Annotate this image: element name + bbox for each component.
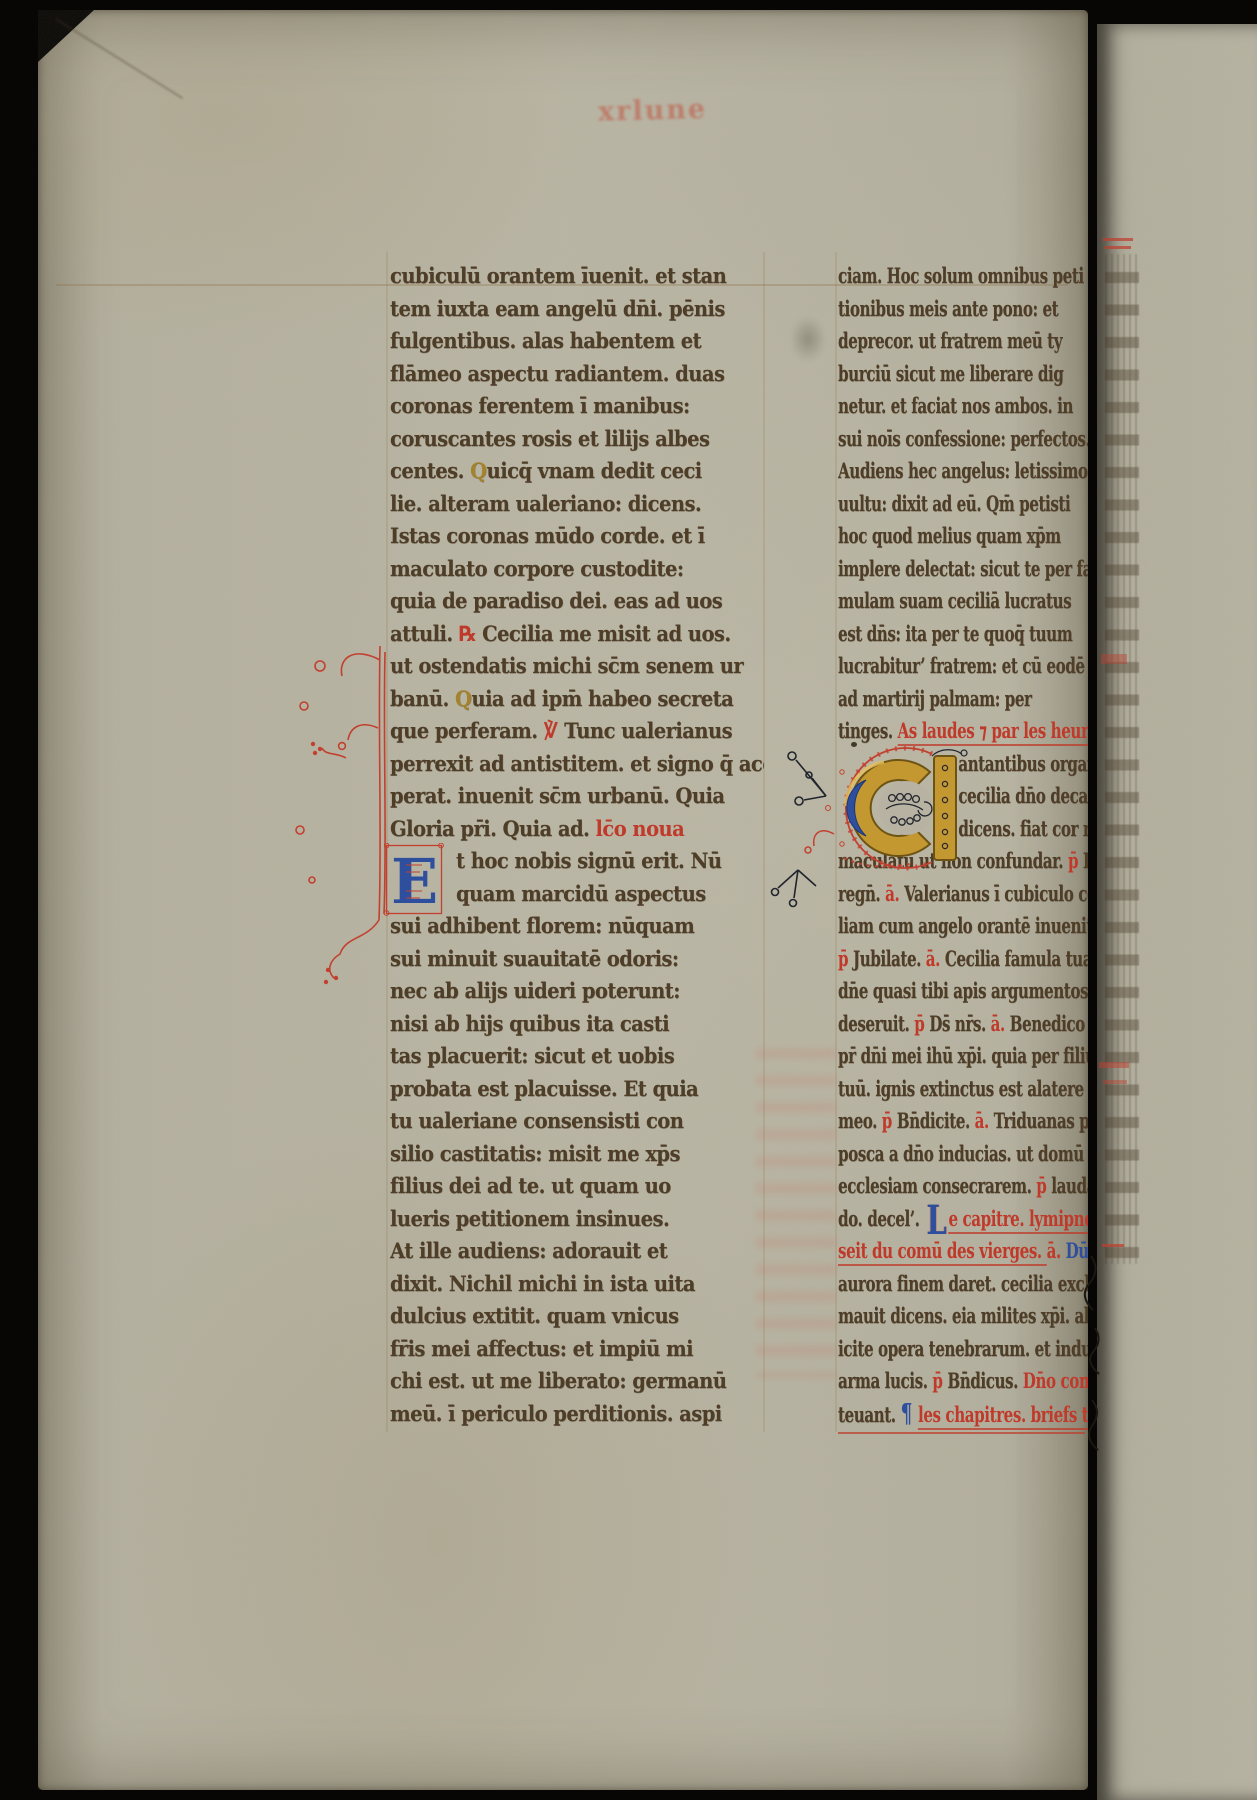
text-segment: sui minuit suauitatē odoris: [390, 946, 679, 971]
text-line: tas placuerit: sicut et uobis [390, 1040, 764, 1073]
text-segment: antantibus organis. ā. [958, 751, 1088, 776]
text-segment: implere delectat: sicut te per fa [838, 556, 1088, 581]
text-segment: ā. [885, 881, 904, 906]
text-segment: flāmeo aspectu radiantem. duas [390, 361, 724, 386]
text-segment: uultu: dixit ad eū. Qm̄ petisti [838, 491, 1070, 516]
text-segment: banū. [390, 686, 455, 711]
text-line: ciam. Hoc solum omnibus peti [838, 260, 1088, 293]
text-segment: ut ostendatis michi sc̄m senem ur [390, 653, 743, 678]
text-segment: ā. [975, 1108, 994, 1133]
text-segment: Jubilate. [853, 946, 926, 971]
text-segment: At ille audiens: adorauit et [390, 1238, 667, 1263]
text-line: mulam suam ceciliā lucratus [838, 585, 1088, 618]
text-segment: icite opera tenebrarum. et induimi [838, 1336, 1088, 1361]
text-segment: p̄ [1036, 1173, 1051, 1198]
text-line: lie. alteram ualeriano: dicens. [390, 488, 764, 521]
text-segment: dicens. fiat cor meū ī [958, 816, 1088, 841]
text-line: do. decel’. Le capitre. lymipne. leuer [838, 1203, 1088, 1236]
text-segment: chi est. ut me liberato: germanū [390, 1368, 726, 1393]
text-line: tinges. As laudes ⁊ par les heur. [838, 715, 1088, 748]
text-line: seit du comū des vierges. ā. Dū [838, 1235, 1088, 1268]
illuminated-initial-C: C [812, 746, 976, 872]
text-segment: uicq̄ vnam dedit ceci [487, 458, 702, 483]
text-segment: les chapitres. briefs tel [918, 1402, 1088, 1430]
text-segment: liam cum angelo orantē inuenit. [838, 913, 1088, 938]
svg-text:E: E [391, 845, 438, 917]
text-line: tuū. ignis extinctus est alatere [838, 1073, 1088, 1106]
text-segment: ā. [991, 1011, 1010, 1036]
text-line: At ille audiens: adorauit et [390, 1235, 764, 1268]
text-segment: p̄ [882, 1108, 897, 1133]
text-segment: lucrabitur’ fratrem: et cū eodē [838, 653, 1085, 678]
text-segment: ℣ [544, 718, 564, 743]
text-segment: deseruit. [838, 1011, 914, 1036]
edge-scribbles [1083, 1250, 1117, 1460]
text-line: meū. ī periculo perditionis. aspi [390, 1398, 764, 1431]
text-segment: tuū. ignis extinctus est alatere [838, 1076, 1084, 1101]
text-segment: tionibus meis ante pono: et [838, 296, 1058, 321]
text-line: regn̄. ā. Valerianus ī cubiculo ceci [838, 878, 1088, 911]
text-line: deseruit. p̄ Ds̄ nr̄s. ā. Benedico te [838, 1008, 1088, 1041]
ink-smudge [790, 316, 826, 362]
text-segment: aurora finem daret. cecilia excla [838, 1271, 1088, 1296]
text-segment: dulcius extitit. quam vnicus [390, 1303, 679, 1328]
text-line: ad martirij palmam: per [838, 683, 1088, 716]
text-segment: pr̄ dn̄i mei ihū xp̄i. quia per filiū [838, 1043, 1088, 1068]
text-line: pr̄ dn̄i mei ihū xp̄i. quia per filiū [838, 1040, 1088, 1073]
text-line: ecclesiam consecrarem. p̄ laudate [838, 1170, 1088, 1203]
text-line: est dn̄s: ita per te quoq̄ tuum [838, 618, 1088, 651]
text-line: flāmeo aspectu radiantem. duas [390, 358, 764, 391]
text-segment: p̄ [932, 1368, 947, 1393]
text-segment: ¶ [900, 1399, 918, 1429]
text-segment: dixit. Nichil michi in ista uita [390, 1271, 695, 1296]
text-segment: p̄ [1068, 848, 1083, 873]
text-segment: quia de paradiso dei. eas ad uos [390, 588, 722, 613]
text-segment: perat. inuenit sc̄m urbanū. Quia [390, 783, 724, 808]
text-line: meo. p̄ Bn̄dicite. ā. Triduanas po [838, 1105, 1088, 1138]
text-segment: meo. [838, 1108, 882, 1133]
text-segment: dn̄e quasi tibi apis argumentosa [838, 978, 1088, 1003]
text-line: deprecor. ut fratrem meū ty [838, 325, 1088, 358]
text-line: posca a dn̄o inducias. ut domū meā [838, 1138, 1088, 1171]
text-segment: tem iuxta eam angelū dn̄i. pēnis [390, 296, 725, 321]
red-edge-mark [1102, 1244, 1124, 1247]
text-line: chi est. ut me liberato: germanū [390, 1365, 764, 1398]
text-line: coronas ferentem ī manibus: [390, 390, 764, 423]
text-segment: meū. ī periculo perditionis. aspi [390, 1401, 722, 1426]
text-segment: quam marcidū aspectus [456, 881, 706, 906]
text-line: teuant. ¶ les chapitres. briefs tel [838, 1398, 1088, 1431]
text-line: Audiens hec angelus: letissimo [838, 455, 1088, 488]
text-line: dulcius extitit. quam vnicus [390, 1300, 764, 1333]
text-segment: ℞ [459, 621, 482, 646]
text-segment: Valerianus ī cubiculo ceci [904, 881, 1088, 906]
text-line: hoc quod melius quam xp̄m [838, 520, 1088, 553]
text-segment: laudate [1051, 1173, 1088, 1198]
text-segment: uia ad ipm̄ habeo secreta [471, 686, 733, 711]
text-segment: ecclesiam consecrarem. [838, 1173, 1036, 1198]
text-segment: ā. [1047, 1238, 1066, 1263]
text-line: icite opera tenebrarum. et induimi [838, 1333, 1088, 1366]
text-segment: Benedico te [1010, 1011, 1088, 1036]
text-segment: do. decel’. [838, 1206, 924, 1231]
corner-fold [38, 10, 118, 82]
text-line: liam cum angelo orantē inuenit. [838, 910, 1088, 943]
ink-blot [851, 742, 857, 747]
text-line: sui adhibent florem: nūquam [390, 910, 764, 943]
text-segment: Istas coronas mūdo corde. et ī [390, 523, 705, 548]
text-line: centes. Quicq̄ vnam dedit ceci [390, 455, 764, 488]
text-line: silio castitatis: misit me xp̄s [390, 1138, 764, 1171]
text-segment: ciam. Hoc solum omnibus peti [838, 263, 1084, 288]
text-segment: filius dei ad te. ut quam uo [390, 1173, 671, 1198]
text-line: banū. Quia ad ipm̄ habeo secreta [390, 683, 764, 716]
text-segment: coruscantes rosis et lilijs albes [390, 426, 709, 451]
text-segment: posca a dn̄o inducias. ut domū meā [838, 1141, 1088, 1166]
text-line: fulgentibus. alas habentem et [390, 325, 764, 358]
text-line: sui minuit suauitatē odoris: [390, 943, 764, 976]
text-segment: tas placuerit: sicut et uobis [390, 1043, 674, 1068]
text-line: tionibus meis ante pono: et [838, 293, 1088, 326]
text-segment: Do [1083, 848, 1088, 873]
text-segment: ad martirij palmam: per [838, 686, 1032, 711]
text-line: dn̄e quasi tibi apis argumentosa [838, 975, 1088, 1008]
rubric-underline-rule [838, 1432, 1085, 1434]
text-segment: arma lucis. [838, 1368, 932, 1393]
text-segment: centes. [390, 458, 470, 483]
text-segment: que perferam. [390, 718, 544, 743]
text-segment: perrexit ad antistitem. et signo q̄ acce [390, 751, 764, 776]
text-segment: p̄ [914, 1011, 929, 1036]
text-segment: t hoc nobis signū erit. Nū [456, 848, 721, 873]
text-segment: Triduanas po [994, 1108, 1088, 1133]
red-edge-mark [1105, 246, 1131, 249]
text-segment: e capitre. lymipne. leuer [948, 1206, 1088, 1234]
red-edge-mark [1101, 654, 1127, 664]
text-segment: Bn̄dicus. [947, 1368, 1022, 1393]
text-segment: burciū sicut me liberare dig [838, 361, 1063, 386]
text-segment: cubiculū orantem īuenit. et stan [390, 263, 726, 288]
text-segment: netur. et faciat nos ambos. in [838, 393, 1073, 418]
text-segment: Tunc ualerianus [564, 718, 732, 743]
text-line: tu ualeriane consensisti con [390, 1105, 764, 1138]
text-line: coruscantes rosis et lilijs albes [390, 423, 764, 456]
text-line: lueris petitionem insinues. [390, 1203, 764, 1236]
text-line: uultu: dixit ad eū. Qm̄ petisti [838, 488, 1088, 521]
text-segment: Audiens hec angelus: letissimo [838, 458, 1088, 483]
text-line: implere delectat: sicut te per fa [838, 553, 1088, 586]
text-segment: deprecor. ut fratrem meū ty [838, 328, 1062, 353]
red-edge-mark [1103, 1080, 1127, 1084]
text-line: perat. inuenit sc̄m urbanū. Quia [390, 780, 764, 813]
text-line: quia de paradiso dei. eas ad uos [390, 585, 764, 618]
text-segment: nec ab alijs uideri poterunt: [390, 978, 680, 1003]
text-segment: nisi ab hijs quibus ita casti [390, 1011, 669, 1036]
edge-text-fragments [1105, 254, 1139, 1264]
text-segment: est dn̄s: ita per te quoq̄ tuum [838, 621, 1072, 646]
text-segment: silio castitatis: misit me xp̄s [390, 1141, 680, 1166]
text-line: p̄ Jubilate. ā. Cecilia famula tua [838, 943, 1088, 976]
text-line: aurora finem daret. cecilia excla [838, 1268, 1088, 1301]
text-segment: hoc quod melius quam xp̄m [838, 523, 1061, 548]
text-segment: Ds̄ nr̄s. [929, 1011, 990, 1036]
text-segment: probata est placuisse. Et quia [390, 1076, 698, 1101]
text-segment: coronas ferentem ī manibus: [390, 393, 690, 418]
text-segment: Gloria pr̄i. Quia ad. [390, 816, 596, 841]
text-line: nec ab alijs uideri poterunt: [390, 975, 764, 1008]
text-line: nisi ab hijs quibus ita casti [390, 1008, 764, 1041]
text-line: sui noīs confessione: perfectos. [838, 423, 1088, 456]
text-segment: Dn̄o comē [1023, 1368, 1088, 1393]
text-segment: maculato corpore custodite: [390, 556, 684, 581]
text-segment: fulgentibus. alas habentem et [390, 328, 701, 353]
bleed-through-stain [756, 1048, 836, 1378]
header-inscription: xrlune [598, 91, 799, 127]
text-line: tem iuxta eam angelū dn̄i. pēnis [390, 293, 764, 326]
text-line: netur. et faciat nos ambos. in [838, 390, 1088, 423]
text-segment: cecilia dn̄o decantabat [958, 783, 1088, 808]
text-segment: fr̄is mei affectus: et impiū mi [390, 1336, 693, 1361]
text-segment: lc̄o noua [596, 816, 685, 841]
text-line: Gloria pr̄i. Quia ad. lc̄o noua [390, 813, 764, 846]
text-segment: sui noīs confessione: perfectos. [838, 426, 1088, 451]
text-line: maculato corpore custodite: [390, 553, 764, 586]
red-edge-mark [1099, 1062, 1129, 1068]
text-line: mauit dicens. eia milites xp̄i. ab [838, 1300, 1088, 1333]
text-segment: Q [455, 686, 471, 711]
text-segment: seit du comū des vierges. [838, 1238, 1047, 1266]
text-line: lucrabitur’ fratrem: et cū eodē [838, 650, 1088, 683]
text-segment: mulam suam ceciliā lucratus [838, 588, 1071, 613]
text-segment: mauit dicens. eia milites xp̄i. ab [838, 1303, 1088, 1328]
text-segment: Cecilia famula tua [945, 946, 1088, 971]
text-segment: teuant. [838, 1402, 900, 1427]
photograph-of-manuscript: { "artifact": { "kind": "illuminated man… [0, 0, 1257, 1800]
text-line: probata est placuisse. Et quia [390, 1073, 764, 1106]
text-segment: lueris petitionem insinues. [390, 1206, 669, 1231]
corner-crease [55, 18, 183, 99]
text-line: perrexit ad antistitem. et signo q̄ acce [390, 748, 764, 781]
text-line: que perferam. ℣ Tunc ualerianus [390, 715, 764, 748]
text-segment: Bn̄dicite. [897, 1108, 975, 1133]
text-line: filius dei ad te. ut quam uo [390, 1170, 764, 1203]
text-line: fr̄is mei affectus: et impiū mi [390, 1333, 764, 1366]
text-segment: lie. alteram ualeriano: dicens. [390, 491, 701, 516]
facing-page-edge [1097, 24, 1257, 1800]
text-segment: attuli. [390, 621, 459, 646]
decorated-initial-L: L [926, 1206, 946, 1236]
text-line: arma lucis. p̄ Bn̄dicus. Dn̄o comē [838, 1365, 1088, 1398]
penwork-flourish-red [282, 618, 394, 1018]
text-segment: As laudes ⁊ par les heur. [898, 718, 1088, 746]
text-segment: tu ualeriane consensisti con [390, 1108, 683, 1133]
text-line: cubiculū orantem īuenit. et stan [390, 260, 764, 293]
text-line: Istas coronas mūdo corde. et ī [390, 520, 764, 553]
text-segment: Cecilia me misit ad uos. [482, 621, 731, 646]
text-line: dixit. Nichil michi in ista uita [390, 1268, 764, 1301]
text-segment: ā. [926, 946, 945, 971]
text-line: ut ostendatis michi sc̄m senem ur [390, 650, 764, 683]
red-edge-mark [1103, 238, 1133, 241]
text-line: attuli. ℞ Cecilia me misit ad uos. [390, 618, 764, 651]
text-line: burciū sicut me liberare dig [838, 358, 1088, 391]
text-segment: Q [470, 458, 486, 483]
